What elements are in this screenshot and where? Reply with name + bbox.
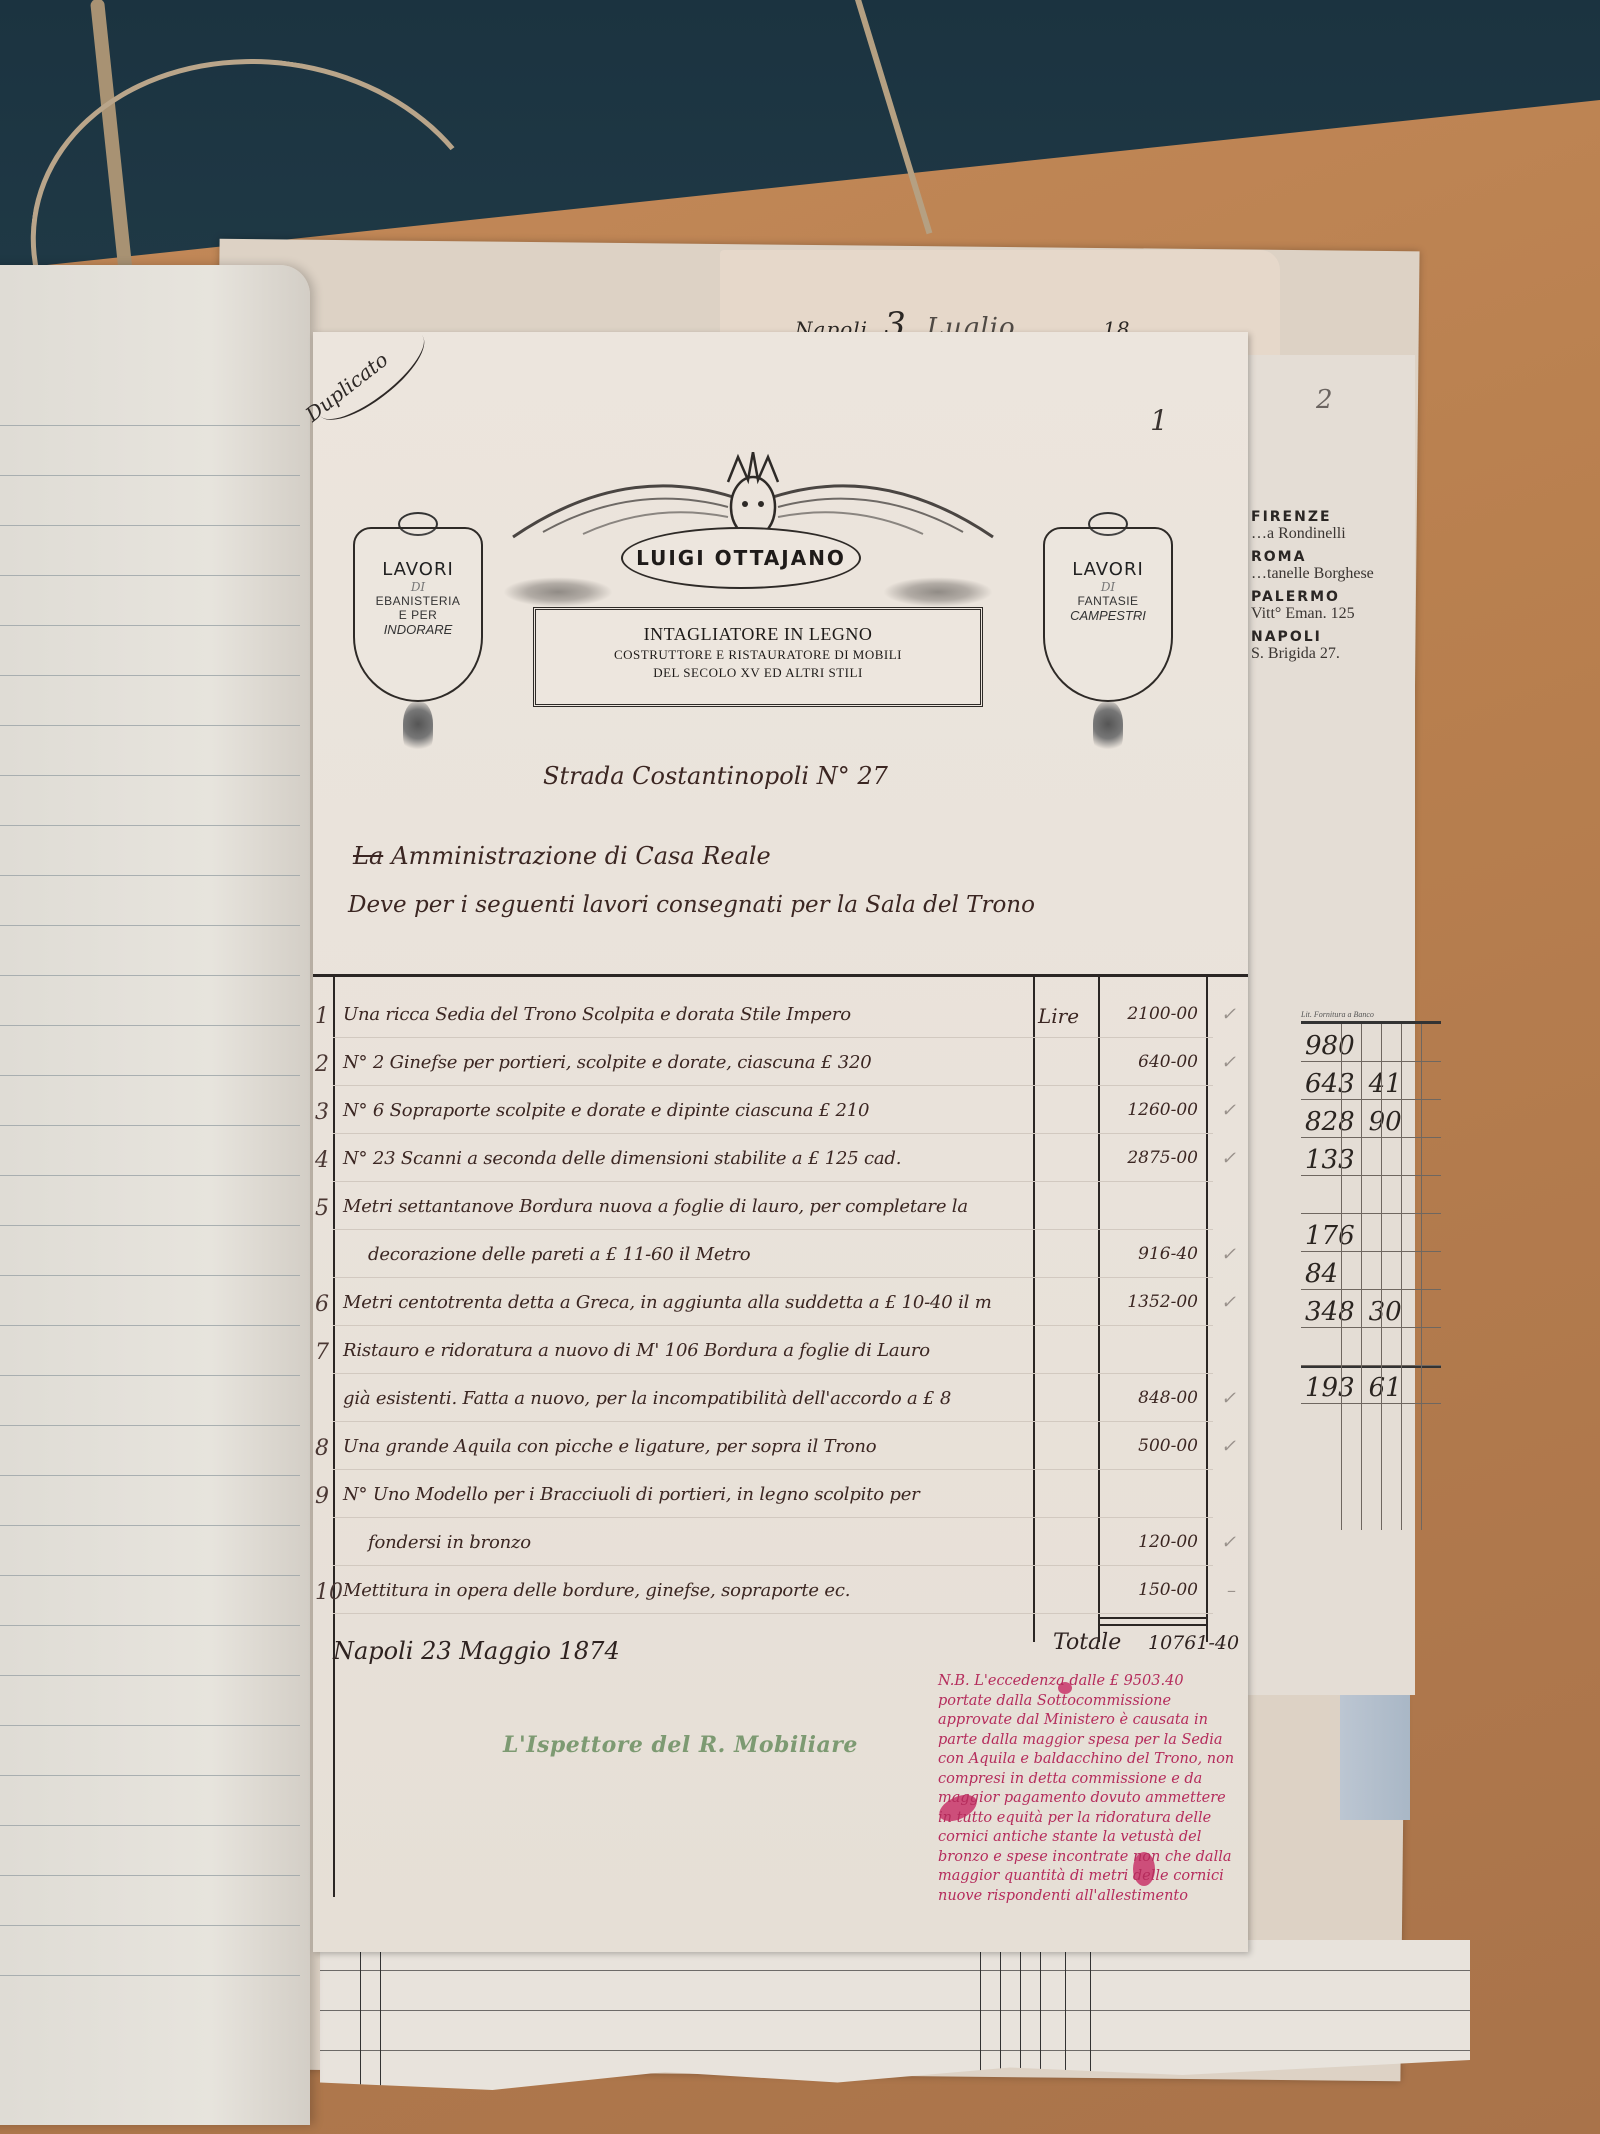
invoice-date: Napoli 23 Maggio 1874: [333, 1637, 620, 1665]
city-address: S. Brigida 27.: [1251, 645, 1411, 663]
table-row-continuation: fondersi in bronzo 120-00 ✓: [313, 1532, 1248, 1568]
flower-garland-icon: [883, 577, 993, 607]
ledger-row: 64341: [1301, 1062, 1441, 1100]
city-address: …a Rondinelli: [1251, 525, 1411, 543]
item-amount: 848-00: [1138, 1388, 1198, 1408]
table-row: 1 Una ricca Sedia del Trono Scolpita e d…: [313, 1004, 1248, 1040]
item-amount: 640-00: [1138, 1052, 1198, 1072]
check-mark-icon: ✓: [1221, 1052, 1236, 1073]
company-title-line: COSTRUTTORE E RISTAURATORE DI MOBILI: [536, 647, 980, 663]
table-row: 6 Metri centotrenta detta a Greca, in ag…: [313, 1292, 1248, 1328]
company-title-line: INTAGLIATORE IN LEGNO: [536, 624, 980, 645]
table-top-rule: [313, 974, 1248, 977]
item-amount: 916-40: [1138, 1244, 1198, 1264]
total-label: Totale: [1053, 1630, 1121, 1655]
item-amount: 150-00: [1138, 1580, 1198, 1600]
city-name: PALERMO: [1251, 589, 1411, 605]
item-amount: 500-00: [1138, 1436, 1198, 1456]
ledger-row: [1301, 1176, 1441, 1214]
inspector-stamp: L'Ispettore del R. Mobiliare: [503, 1732, 858, 1758]
city-name: FIRENZE: [1251, 509, 1411, 525]
letterhead: LAVORI DI EBANISTERIA E PER INDORARE LAV…: [353, 432, 1163, 752]
right-shield-emblem: LAVORI DI FANTASIE CAMPESTRI: [1043, 527, 1173, 702]
invoice-sheet: Duplicato 1 LAVORI DI EBANISTERIA E PER …: [313, 332, 1248, 1952]
branch-city-list: FIRENZE …a Rondinelli ROMA …tanelle Borg…: [1251, 505, 1411, 669]
ledger-row: [1301, 1328, 1441, 1366]
check-mark-icon: –: [1227, 1580, 1236, 1601]
company-title-plaque: INTAGLIATORE IN LEGNO COSTRUTTORE E RIST…: [533, 607, 983, 707]
city-name: ROMA: [1251, 549, 1411, 565]
ledger-row: 34830: [1301, 1290, 1441, 1328]
check-mark-icon: ✓: [1221, 1004, 1236, 1025]
ledger-row: 19361: [1301, 1366, 1441, 1404]
check-mark-icon: ✓: [1221, 1100, 1236, 1121]
check-mark-icon: ✓: [1221, 1388, 1236, 1409]
ledger-row: 84: [1301, 1252, 1441, 1290]
check-mark-icon: ✓: [1221, 1532, 1236, 1553]
table-row: 7 Ristauro e ridoratura a nuovo di M' 10…: [313, 1340, 1248, 1376]
flower-garland-icon: [503, 577, 613, 607]
table-row: 10 Mettitura in opera delle bordure, gin…: [313, 1580, 1248, 1616]
total-rule: [1098, 1624, 1208, 1626]
company-name: LUIGI OTTAJANO: [621, 527, 861, 589]
check-mark-icon: ✓: [1221, 1148, 1236, 1169]
city-name: NAPOLI: [1251, 629, 1411, 645]
city-address: Vitt° Eman. 125: [1251, 605, 1411, 623]
item-amount: 1352-00: [1127, 1292, 1198, 1312]
ledger-table: Lit. Fornitura a Banco 980 64341 82890 1…: [1301, 1010, 1441, 1530]
ledger-row: 133: [1301, 1138, 1441, 1176]
ledger-header: Lit. Fornitura a Banco: [1301, 1010, 1441, 1024]
hanging-ornament-icon: [403, 702, 433, 757]
addressee-text: Amministrazione di Casa Reale: [391, 842, 771, 870]
left-shield-emblem: LAVORI DI EBANISTERIA E PER INDORARE: [353, 527, 483, 702]
page-number: 2: [1316, 385, 1333, 415]
currency-label: Lire: [1038, 1004, 1079, 1028]
lower-ruled-sheet: [320, 1940, 1470, 2090]
red-ink-annotation: N.B. L'eccedenza dalle £ 9503.40 portate…: [938, 1672, 1238, 1906]
total-amount: 10761-40: [1148, 1632, 1239, 1654]
struck-text: La: [353, 842, 383, 870]
table-row: 9 N° Uno Modello per i Bracciuoli di por…: [313, 1484, 1248, 1520]
table-row-continuation: già esistenti. Fatta a nuovo, per la inc…: [313, 1388, 1248, 1424]
table-row: 4 N° 23 Scanni a seconda delle dimension…: [313, 1148, 1248, 1184]
item-amount: 2875-00: [1127, 1148, 1198, 1168]
item-amount: 120-00: [1138, 1532, 1198, 1552]
left-notebook-page: [0, 265, 310, 2125]
item-amount: 2100-00: [1127, 1004, 1198, 1024]
company-title-line: DEL SECOLO XV ED ALTRI STILI: [536, 665, 980, 681]
check-mark-icon: ✓: [1221, 1244, 1236, 1265]
table-row: 2 N° 2 Ginefse per portieri, scolpite e …: [313, 1052, 1248, 1088]
city-address: …tanelle Borghese: [1251, 565, 1411, 583]
item-amount: 1260-00: [1127, 1100, 1198, 1120]
table-row: 3 N° 6 Sopraporte scolpite e dorate e di…: [313, 1100, 1248, 1136]
ledger-row: 82890: [1301, 1100, 1441, 1138]
table-row-continuation: decorazione delle pareti a £ 11-60 il Me…: [313, 1244, 1248, 1280]
total-rule: [1098, 1617, 1208, 1619]
hanging-ornament-icon: [1093, 702, 1123, 757]
table-row: 8 Una grande Aquila con picche e ligatur…: [313, 1436, 1248, 1472]
ledger-row: 176: [1301, 1214, 1441, 1252]
check-mark-icon: ✓: [1221, 1292, 1236, 1313]
addressee: LaAmministrazione di Casa Reale: [353, 842, 771, 870]
check-mark-icon: ✓: [1221, 1436, 1236, 1457]
table-row: 5 Metri settantanove Bordura nuova a fog…: [313, 1196, 1248, 1232]
invoice-preamble: Deve per i seguenti lavori consegnati pe…: [348, 892, 1035, 918]
company-address: Strada Costantinopoli N° 27: [543, 762, 888, 790]
ledger-row: 980: [1301, 1024, 1441, 1062]
